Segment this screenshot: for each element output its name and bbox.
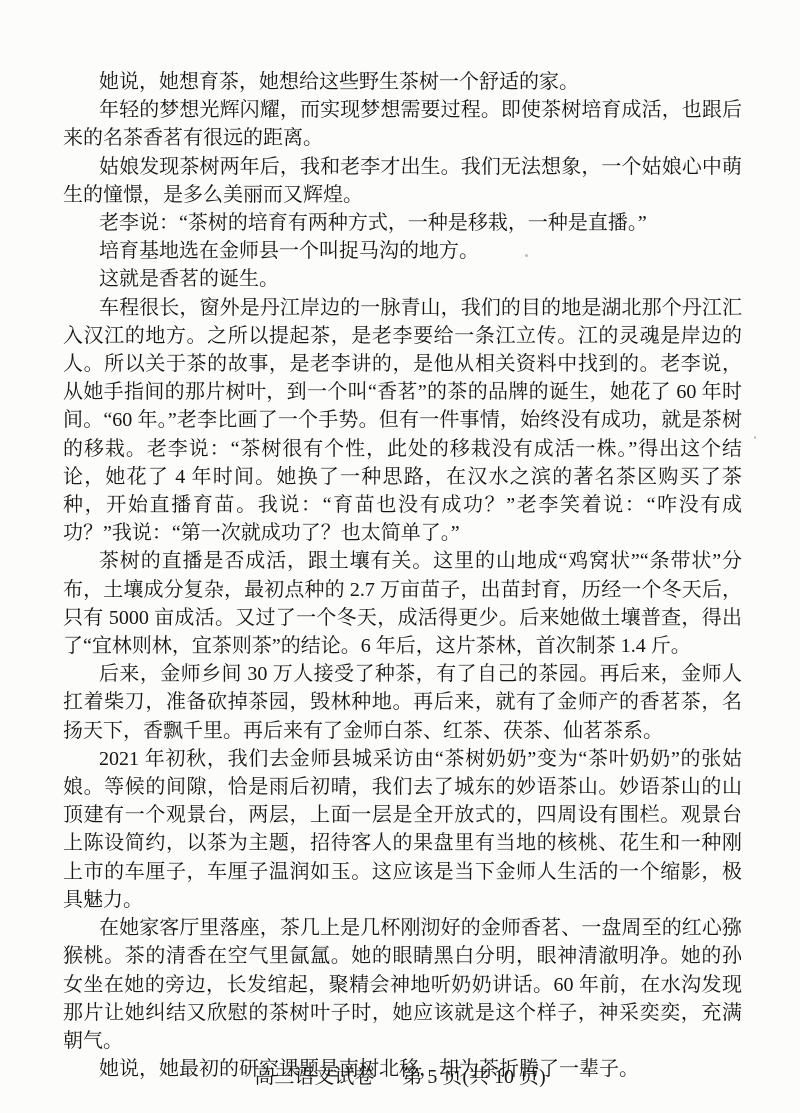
- passage-paragraph: 在她家客厅里落座，茶几上是几杯刚沏好的金师香茗、一盘周至的红心猕猴桃。茶的清香在…: [63, 914, 742, 1055]
- passage-paragraph: 老李说：“茶树的培育有两种方式，一种是移栽，一种是直播。”: [63, 209, 742, 237]
- passage-paragraph: 后来，金师乡间 30 万人接受了种茶，有了自己的茶园。再后来，金师人扛着柴刀，准…: [63, 660, 742, 745]
- passage-paragraph: 培育基地选在金师县一个叫捉马沟的地方。: [63, 237, 742, 265]
- page-number: 第 5 页(共 10 页): [402, 1066, 545, 1088]
- reading-passage: 她说，她想育茶，她想给这些野生茶树一个舒适的家。 年轻的梦想光辉闪耀，而实现梦想…: [63, 68, 742, 1083]
- passage-paragraph: 这就是香茗的诞生。: [63, 265, 742, 293]
- scan-speck: [754, 436, 756, 439]
- passage-paragraph: 车程很长，窗外是丹江岸边的一脉青山，我们的目的地是湖北那个丹江汇入汉江的地方。之…: [63, 294, 742, 548]
- exam-title: 高三语文试卷: [254, 1066, 374, 1088]
- exam-paper-page: 她说，她想育茶，她想给这些野生茶树一个舒适的家。 年轻的梦想光辉闪耀，而实现梦想…: [0, 0, 800, 1113]
- page-footer: 高三语文试卷第 5 页(共 10 页): [0, 1060, 800, 1089]
- passage-paragraph: 2021 年初秋，我们去金师县城采访由“茶树奶奶”变为“茶叶奶奶”的张姑娘。等候…: [63, 745, 742, 914]
- passage-paragraph: 她说，她想育茶，她想给这些野生茶树一个舒适的家。: [63, 68, 742, 96]
- passage-paragraph: 茶树的直播是否成活，跟土壤有关。这里的山地成“鸡窝状”“条带状”分布，土壤成分复…: [63, 547, 742, 660]
- passage-paragraph: 姑娘发现茶树两年后，我和老李才出生。我们无法想象，一个姑娘心中萌生的憧憬，是多么…: [63, 153, 742, 209]
- passage-paragraph: 年轻的梦想光辉闪耀，而实现梦想需要过程。即使茶树培育成活，也跟后来的名茶香茗有很…: [63, 96, 742, 152]
- scan-speck: [525, 254, 528, 257]
